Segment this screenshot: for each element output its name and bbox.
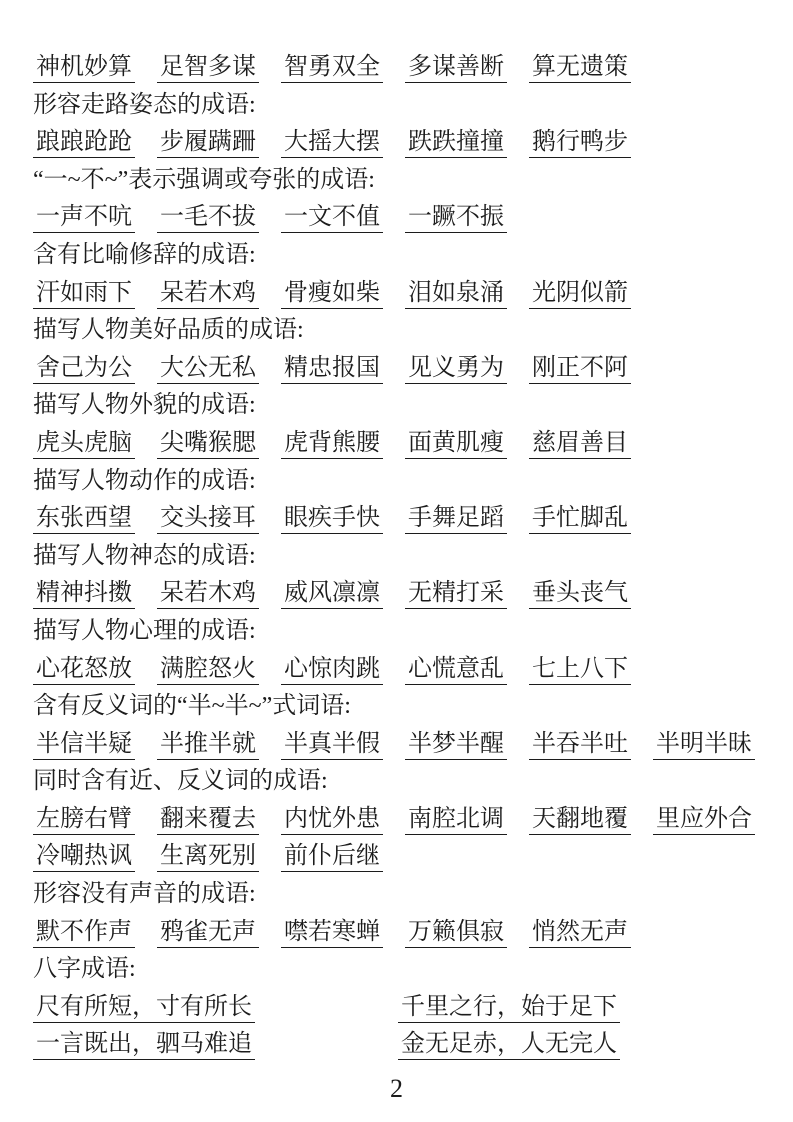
idiom: 骨瘦如柴 [281,280,383,309]
idiom: 鸦雀无声 [157,919,259,948]
category-heading: 含有比喻修辞的成语: [33,237,783,275]
idiom: 悄然无声 [529,919,631,948]
eight-char-idiom-line: 尺有所短，寸有所长千里之行，始于足下 [33,989,783,1027]
idiom: 见义勇为 [405,355,507,384]
pair-left-slot: 尺有所短，寸有所长 [33,989,398,1027]
idiom: 心花怒放 [33,656,135,685]
page-number: 2 [0,1072,793,1106]
idiom-line: 冷嘲热讽生离死别前仆后继 [33,838,783,876]
idiom: 半明半昧 [653,731,755,760]
idiom: 虎头虎脑 [33,430,135,459]
category-heading: 同时含有近、反义词的成语: [33,763,783,801]
category-heading: 八字成语: [33,951,783,989]
idiom: 泪如泉涌 [405,280,507,309]
idiom-line: 踉踉跄跄步履蹒跚大摇大摆跌跌撞撞鹅行鸭步 [33,124,783,162]
idiom: 半吞半吐 [529,731,631,760]
idiom-line: 心花怒放满腔怒火心惊肉跳心慌意乱七上八下 [33,651,783,689]
idiom: 虎背熊腰 [281,430,383,459]
idiom-line: 默不作声鸦雀无声噤若寒蝉万籁俱寂悄然无声 [33,914,783,952]
idiom: 半信半疑 [33,731,135,760]
idiom: 七上八下 [529,656,631,685]
idiom: 左膀右臂 [33,806,135,835]
idiom: 呆若木鸡 [157,580,259,609]
idiom: 呆若木鸡 [157,280,259,309]
idiom: 内忧外患 [281,806,383,835]
idiom: 千里之行，始于足下 [398,994,620,1023]
idiom: 多谋善断 [405,54,507,83]
idiom: 南腔北调 [405,806,507,835]
idiom: 精忠报国 [281,355,383,384]
idiom: 心惊肉跳 [281,656,383,685]
category-heading: 描写人物神态的成语: [33,538,783,576]
idiom: 无精打采 [405,580,507,609]
idiom: 万籁俱寂 [405,919,507,948]
idiom: 垂头丧气 [529,580,631,609]
idiom: 一声不吭 [33,204,135,233]
pair-left-slot: 一言既出，驷马难追 [33,1026,398,1064]
idiom: 舍己为公 [33,355,135,384]
idiom-line: 虎头虎脑尖嘴猴腮虎背熊腰面黄肌瘦慈眉善目 [33,425,783,463]
category-heading: 描写人物美好品质的成语: [33,312,783,350]
category-heading: 含有反义词的“半~半~”式词语: [33,688,783,726]
idiom: 里应外合 [653,806,755,835]
idiom-line: 半信半疑半推半就半真半假半梦半醒半吞半吐半明半昧 [33,726,783,764]
idiom: 满腔怒火 [157,656,259,685]
idiom: 算无遗策 [529,54,631,83]
idiom: 默不作声 [33,919,135,948]
category-heading: 描写人物外貌的成语: [33,387,783,425]
category-heading: 形容走路姿态的成语: [33,87,783,125]
idiom: 光阴似箭 [529,280,631,309]
idiom: 东张西望 [33,505,135,534]
idiom: 一蹶不振 [405,204,507,233]
idiom: 金无足赤，人无完人 [398,1031,620,1060]
idiom: 大公无私 [157,355,259,384]
idiom: 鹅行鸭步 [529,129,631,158]
idiom: 精神抖擞 [33,580,135,609]
idiom: 一言既出，驷马难追 [33,1031,255,1060]
idiom: 半梦半醒 [405,731,507,760]
idiom: 面黄肌瘦 [405,430,507,459]
idiom: 手舞足蹈 [405,505,507,534]
idiom: 半推半就 [157,731,259,760]
idiom: 尖嘴猴腮 [157,430,259,459]
idiom: 足智多谋 [157,54,259,83]
idiom-line: 舍己为公大公无私精忠报国见义勇为刚正不阿 [33,350,783,388]
category-heading: 形容没有声音的成语: [33,876,783,914]
idiom: 翻来覆去 [157,806,259,835]
idiom-line: 左膀右臂翻来覆去内忧外患南腔北调天翻地覆里应外合 [33,801,783,839]
document-page: 神机妙算足智多谋智勇双全多谋善断算无遗策形容走路姿态的成语:踉踉跄跄步履蹒跚大摇… [0,0,793,1122]
idiom: 神机妙算 [33,54,135,83]
idiom: 手忙脚乱 [529,505,631,534]
idiom: 眼疾手快 [281,505,383,534]
idiom: 刚正不阿 [529,355,631,384]
idiom: 天翻地覆 [529,806,631,835]
idiom: 威风凛凛 [281,580,383,609]
idiom: 一毛不拔 [157,204,259,233]
idiom: 慈眉善目 [529,430,631,459]
idiom: 尺有所短，寸有所长 [33,994,255,1023]
idiom: 智勇双全 [281,54,383,83]
category-heading: 描写人物动作的成语: [33,463,783,501]
idiom: 汗如雨下 [33,280,135,309]
idiom: 半真半假 [281,731,383,760]
idiom-line: 一声不吭一毛不拔一文不值一蹶不振 [33,199,783,237]
idiom: 大摇大摆 [281,129,383,158]
eight-char-idiom-line: 一言既出，驷马难追金无足赤，人无完人 [33,1026,783,1064]
category-heading: 描写人物心理的成语: [33,613,783,651]
idiom: 跌跌撞撞 [405,129,507,158]
idiom-line: 东张西望交头接耳眼疾手快手舞足蹈手忙脚乱 [33,500,783,538]
idiom-line: 精神抖擞呆若木鸡威风凛凛无精打采垂头丧气 [33,575,783,613]
idiom: 生离死别 [157,843,259,872]
document-content: 神机妙算足智多谋智勇双全多谋善断算无遗策形容走路姿态的成语:踉踉跄跄步履蹒跚大摇… [33,49,783,1064]
idiom: 踉踉跄跄 [33,129,135,158]
idiom: 前仆后继 [281,843,383,872]
idiom: 交头接耳 [157,505,259,534]
idiom: 噤若寒蝉 [281,919,383,948]
idiom: 心慌意乱 [405,656,507,685]
idiom: 步履蹒跚 [157,129,259,158]
idiom: 一文不值 [281,204,383,233]
category-heading: “一~不~”表示强调或夸张的成语: [33,162,783,200]
idiom: 冷嘲热讽 [33,843,135,872]
idiom-line: 汗如雨下呆若木鸡骨瘦如柴泪如泉涌光阴似箭 [33,275,783,313]
idiom-line: 神机妙算足智多谋智勇双全多谋善断算无遗策 [33,49,783,87]
